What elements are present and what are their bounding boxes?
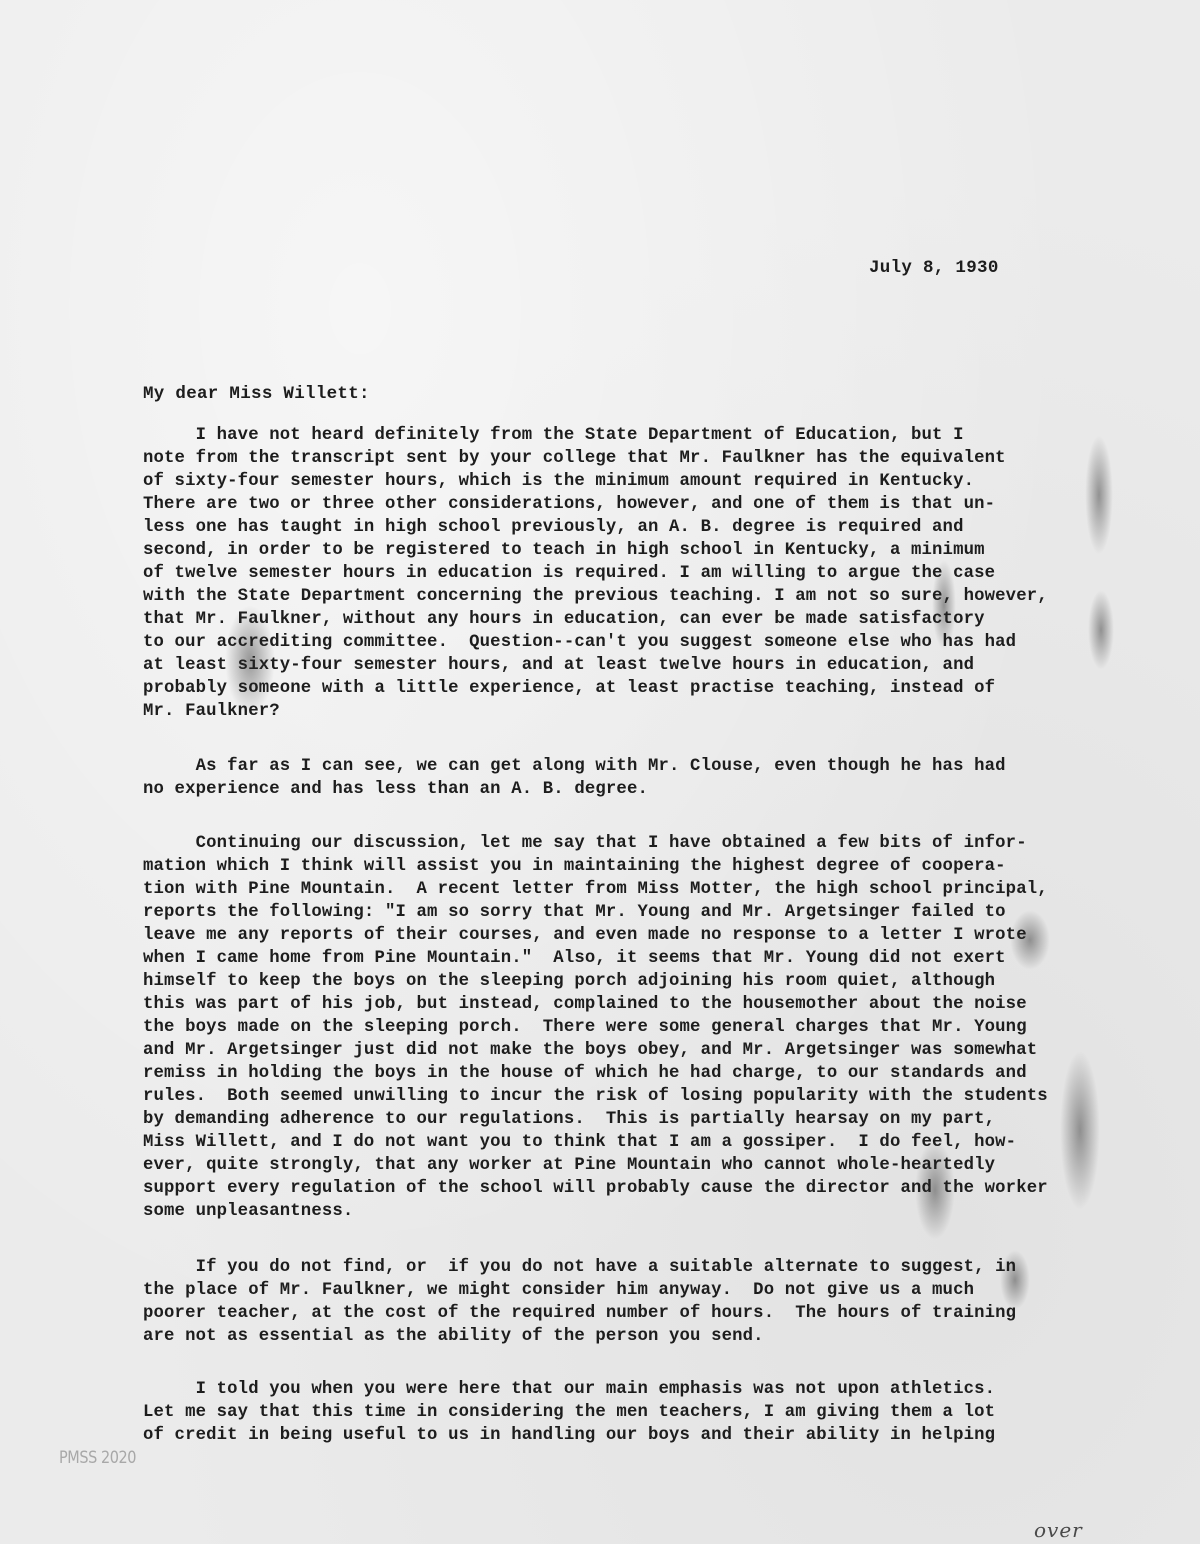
text-line: with the State Department concerning the…	[143, 585, 1143, 608]
paragraph-1: I have not heard definitely from the Sta…	[143, 424, 1143, 723]
text-line: when I came home from Pine Mountain." Al…	[143, 947, 1143, 970]
text-line: I told you when you were here that our m…	[143, 1378, 1143, 1401]
text-line: some unpleasantness.	[143, 1200, 1143, 1223]
text-line: himself to keep the boys on the sleeping…	[143, 970, 1143, 993]
letter-page: July 8, 1930 My dear Miss Willett: I hav…	[0, 0, 1200, 1544]
text-line: this was part of his job, but instead, c…	[143, 993, 1143, 1016]
text-line: at least sixty-four semester hours, and …	[143, 654, 1143, 677]
paragraph-3: Continuing our discussion, let me say th…	[143, 832, 1143, 1223]
text-line: mation which I think will assist you in …	[143, 855, 1143, 878]
text-line: probably someone with a little experienc…	[143, 677, 1143, 700]
text-line: are not as essential as the ability of t…	[143, 1325, 1143, 1348]
paragraph-5: I told you when you were here that our m…	[143, 1378, 1143, 1447]
handwritten-note: over	[1034, 1518, 1083, 1542]
text-line: the place of Mr. Faulkner, we might cons…	[143, 1279, 1143, 1302]
text-line: less one has taught in high school previ…	[143, 516, 1143, 539]
text-line: by demanding adherence to our regulation…	[143, 1108, 1143, 1131]
text-line: of credit in being useful to us in handl…	[143, 1424, 1143, 1447]
text-line: to our accrediting committee. Question--…	[143, 631, 1143, 654]
salutation: My dear Miss Willett:	[143, 384, 370, 404]
text-line: Miss Willett, and I do not want you to t…	[143, 1131, 1143, 1154]
text-line: There are two or three other considerati…	[143, 493, 1143, 516]
text-line: leave me any reports of their courses, a…	[143, 924, 1143, 947]
text-line: note from the transcript sent by your co…	[143, 447, 1143, 470]
paragraph-2: As far as I can see, we can get along wi…	[143, 755, 1143, 801]
paragraph-4: If you do not find, or if you do not hav…	[143, 1256, 1143, 1348]
text-line: Let me say that this time in considering…	[143, 1401, 1143, 1424]
text-line: that Mr. Faulkner, without any hours in …	[143, 608, 1143, 631]
text-line: Continuing our discussion, let me say th…	[143, 832, 1143, 855]
text-line: remiss in holding the boys in the house …	[143, 1062, 1143, 1085]
text-line: second, in order to be registered to tea…	[143, 539, 1143, 562]
text-line: reports the following: "I am so sorry th…	[143, 901, 1143, 924]
text-line: poorer teacher, at the cost of the requi…	[143, 1302, 1143, 1325]
text-line: and Mr. Argetsinger just did not make th…	[143, 1039, 1143, 1062]
letter-date: July 8, 1930	[869, 258, 999, 278]
archive-watermark: PMSS 2020	[59, 1448, 136, 1468]
text-line: tion with Pine Mountain. A recent letter…	[143, 878, 1143, 901]
text-line: rules. Both seemed unwilling to incur th…	[143, 1085, 1143, 1108]
text-line: As far as I can see, we can get along wi…	[143, 755, 1143, 778]
text-line: Mr. Faulkner?	[143, 700, 1143, 723]
text-line: no experience and has less than an A. B.…	[143, 778, 1143, 801]
text-line: the boys made on the sleeping porch. The…	[143, 1016, 1143, 1039]
text-line: support every regulation of the school w…	[143, 1177, 1143, 1200]
text-line: of twelve semester hours in education is…	[143, 562, 1143, 585]
text-line: of sixty-four semester hours, which is t…	[143, 470, 1143, 493]
text-line: ever, quite strongly, that any worker at…	[143, 1154, 1143, 1177]
text-line: If you do not find, or if you do not hav…	[143, 1256, 1143, 1279]
text-line: I have not heard definitely from the Sta…	[143, 424, 1143, 447]
